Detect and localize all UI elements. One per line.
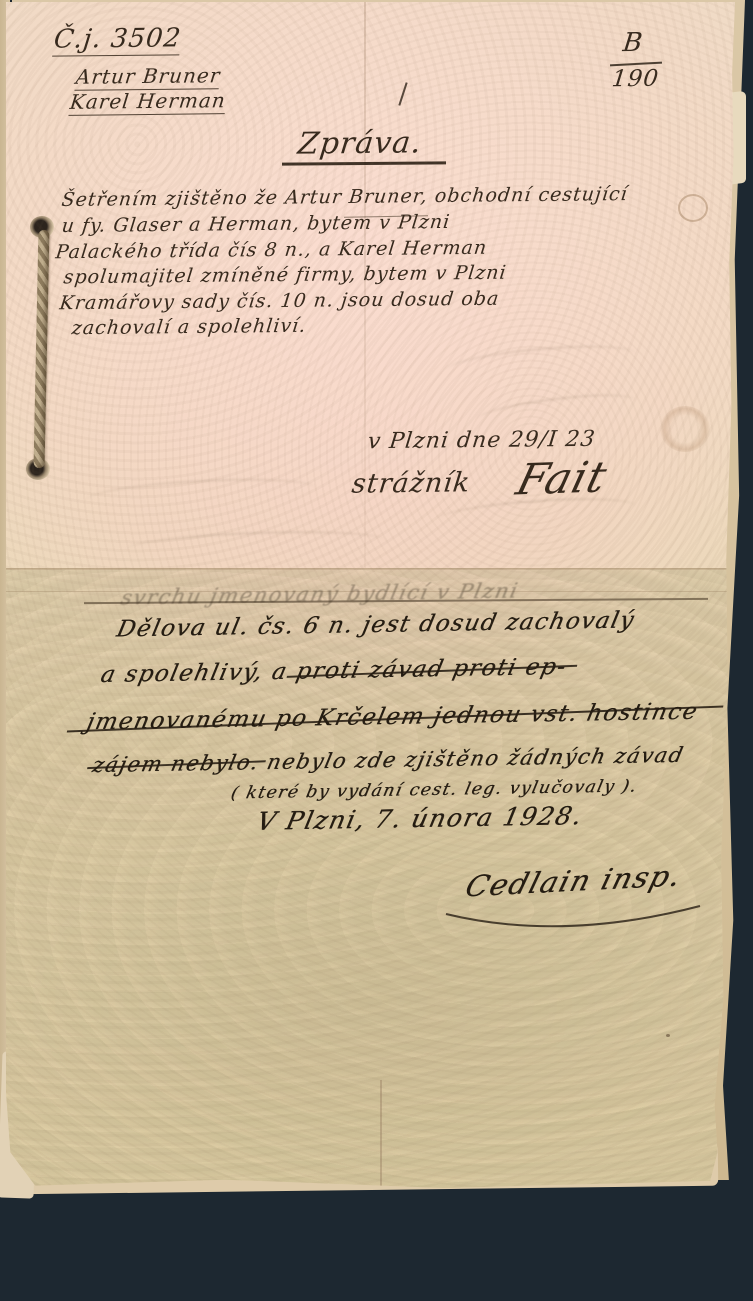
pen-tick-mark: [398, 82, 407, 105]
report-line: u fy. Glaser a Herman, bytem v Plzni: [61, 211, 452, 237]
paper-sheet: Č.j. 3502 Artur Bruner Karel Herman B 19…: [6, 2, 735, 1188]
report-line: spolumajitel zmíněné firmy, bytem v Plzn…: [62, 262, 507, 289]
struck-segment: proti závad proti ep-: [294, 654, 570, 685]
folio-number: 190: [611, 66, 661, 92]
show-through-stroke: [85, 474, 316, 514]
show-through-stroke: [475, 388, 637, 431]
signature-fait: Fait: [511, 452, 612, 505]
report-title: Zpráva.: [296, 125, 424, 161]
subject-name-1: Artur Bruner: [74, 63, 221, 91]
report-line: Kramářovy sady čís. 10 n. jsou dosud oba: [58, 288, 500, 315]
signature-flourish: [442, 898, 710, 942]
dateline-1928: V Plzni, 7. února 1928.: [254, 801, 585, 836]
ink-ring-stain: [678, 194, 708, 222]
show-through-stroke: [445, 340, 637, 384]
report-line: Palackého třída čís 8 n., a Karel Herman: [54, 237, 488, 264]
archive-scan: Č.j. 3502 Artur Bruner Karel Herman B 19…: [0, 0, 753, 1200]
report-line: Šetřením zjištěno že Artur Bruner, obcho…: [60, 183, 629, 211]
paper-speck: [666, 1034, 670, 1037]
line-segment: a spolehlivý, a: [98, 659, 299, 688]
water-stain: [660, 406, 710, 452]
subject-name-2: Karel Herman: [68, 88, 227, 116]
bottom-fold-crease: [380, 1080, 382, 1188]
folio-letter: B: [621, 28, 645, 58]
signer-role: strážník: [350, 467, 472, 499]
file-number: Č.j. 3502: [52, 23, 183, 56]
title-underline: [282, 161, 446, 165]
report-line: zachovalí a spolehliví.: [71, 315, 308, 339]
show-through-stroke: [126, 527, 387, 562]
dateline-1923: v Plzni dne 29/I 23: [366, 427, 596, 454]
struck-segment: zájem nebylo.: [90, 750, 261, 777]
binding-twine: [34, 230, 50, 468]
